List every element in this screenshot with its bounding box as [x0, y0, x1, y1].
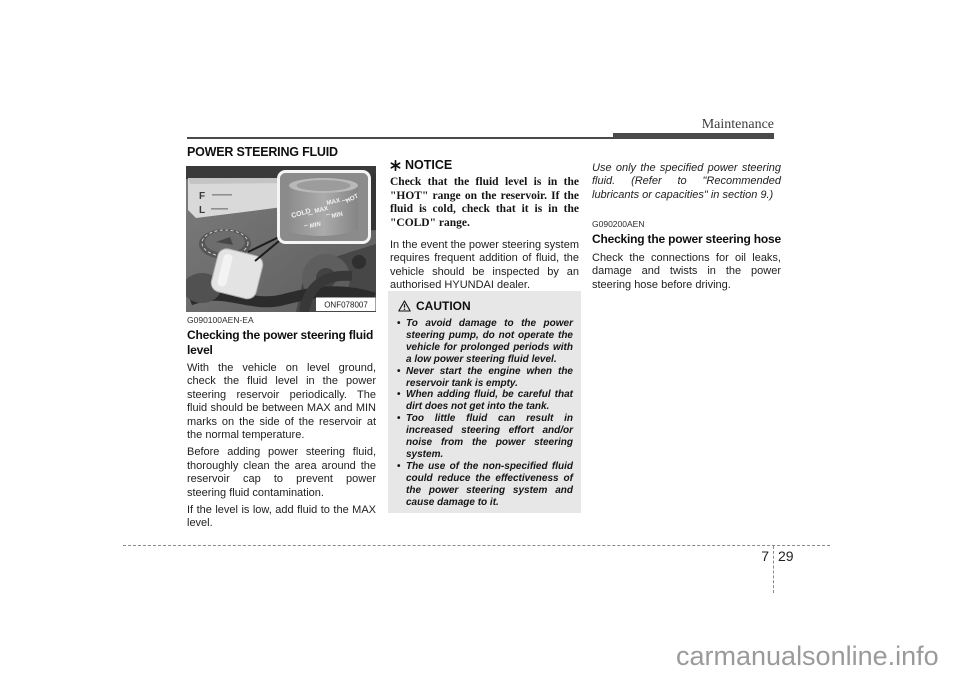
- chapter-header: Maintenance: [702, 117, 774, 133]
- caution-triangle-icon: [398, 300, 411, 312]
- caution-item: To avoid damage to the power steering pu…: [396, 318, 573, 366]
- paragraph: If the level is low, add fluid to the MA…: [187, 504, 376, 531]
- column-3: Use only the specified power steering fl…: [592, 162, 781, 296]
- caution-list: To avoid damage to the power steering pu…: [396, 318, 573, 509]
- power-steering-reservoir-figure: F L: [186, 166, 376, 312]
- section-code-1: G090100AEN-EA: [187, 315, 376, 325]
- heading-checking-hose: Checking the power steering hose: [592, 232, 781, 247]
- section-title: POWER STEERING FLUID: [187, 145, 338, 159]
- paragraph: In the event the power steering system r…: [390, 239, 579, 293]
- watermark: carmanualsonline.info: [676, 641, 939, 672]
- caution-item: Never start the engine when the reservoi…: [396, 366, 573, 390]
- footer-dashed-divider: [773, 546, 774, 593]
- manual-page: Maintenance POWER STEERING FLUID: [0, 0, 960, 679]
- fluid-mark-l: L: [199, 205, 205, 216]
- notice-header: NOTICE: [390, 158, 579, 172]
- caution-header: CAUTION: [398, 299, 573, 313]
- fluid-mark-f: F: [199, 191, 205, 202]
- figure-caption: ONF078007: [324, 301, 368, 310]
- paragraph: With the vehicle on level ground, check …: [187, 362, 376, 442]
- caution-item: When adding fluid, be careful that dirt …: [396, 389, 573, 413]
- notice-title: NOTICE: [405, 158, 452, 172]
- section-code-2: G090200AEN: [592, 219, 781, 229]
- footer-page-number: 29: [778, 548, 794, 564]
- engine-bay-photo: F L: [186, 166, 376, 312]
- caution-item: Too little fluid can result in increased…: [396, 413, 573, 461]
- fluid-spec-note: Use only the specified power steering fl…: [592, 162, 781, 202]
- paragraph: Check the connections for oil leaks, dam…: [592, 252, 781, 292]
- caution-box: CAUTION To avoid damage to the power ste…: [388, 291, 581, 513]
- column-1: G090100AEN-EA Checking the power steerin…: [187, 315, 376, 535]
- notice-body: Check that the fluid level is in the "HO…: [390, 176, 579, 230]
- footer-dashed-line: [123, 545, 830, 546]
- header-rule-thick: [613, 133, 774, 139]
- heading-checking-fluid-level: Checking the power steering fluid level: [187, 328, 376, 357]
- footer-chapter-number: 7: [752, 548, 769, 564]
- column-2: NOTICE Check that the fluid level is in …: [390, 158, 579, 297]
- caution-item: The use of the non-specified fluid could…: [396, 461, 573, 509]
- caution-title: CAUTION: [416, 299, 471, 313]
- notice-asterisk-icon: [390, 160, 401, 171]
- paragraph: Before adding power steering fluid, thor…: [187, 446, 376, 500]
